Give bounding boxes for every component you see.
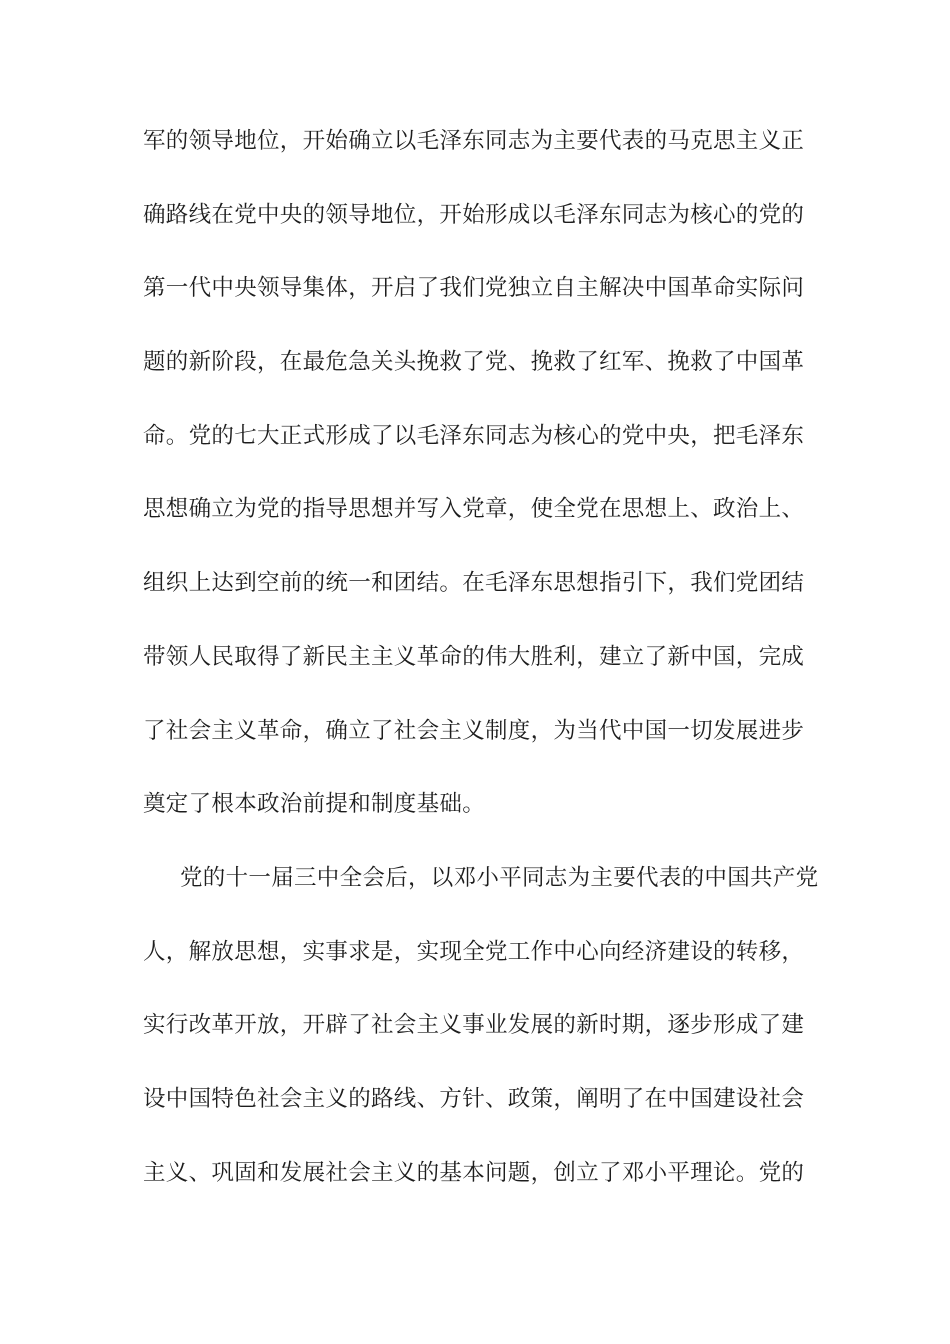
paragraph: 军的领导地位，开始确立以毛泽东同志为主要代表的马克思主义正确路线在党中央的领导地… bbox=[143, 104, 813, 841]
text-line: 设中国特色社会主义的路线、方针、政策，阐明了在中国建设社会 bbox=[143, 1062, 813, 1136]
text-line: 实行改革开放，开辟了社会主义事业发展的新时期，逐步形成了建 bbox=[143, 988, 813, 1062]
text-block: 军的领导地位，开始确立以毛泽东同志为主要代表的马克思主义正确路线在党中央的领导地… bbox=[143, 104, 813, 1209]
text-line: 奠定了根本政治前提和制度基础。 bbox=[143, 767, 813, 841]
text-line: 命。党的七大正式形成了以毛泽东同志为核心的党中央，把毛泽东 bbox=[143, 399, 813, 473]
text-line: 组织上达到空前的统一和团结。在毛泽东思想指引下，我们党团结 bbox=[143, 546, 813, 620]
text-line: 军的领导地位，开始确立以毛泽东同志为主要代表的马克思主义正 bbox=[143, 104, 813, 178]
document-page: 军的领导地位，开始确立以毛泽东同志为主要代表的马克思主义正确路线在党中央的领导地… bbox=[0, 0, 950, 1344]
text-line: 党的十一届三中全会后，以邓小平同志为主要代表的中国共产党 bbox=[143, 841, 813, 915]
text-line: 第一代中央领导集体，开启了我们党独立自主解决中国革命实际问 bbox=[143, 251, 813, 325]
paragraph: 党的十一届三中全会后，以邓小平同志为主要代表的中国共产党人，解放思想，实事求是，… bbox=[143, 841, 813, 1209]
text-line: 题的新阶段，在最危急关头挽救了党、挽救了红军、挽救了中国革 bbox=[143, 325, 813, 399]
text-line: 了社会主义革命，确立了社会主义制度，为当代中国一切发展进步 bbox=[143, 694, 813, 768]
text-line: 确路线在党中央的领导地位，开始形成以毛泽东同志为核心的党的 bbox=[143, 178, 813, 252]
text-line: 思想确立为党的指导思想并写入党章，使全党在思想上、政治上、 bbox=[143, 472, 813, 546]
text-line: 人，解放思想，实事求是，实现全党工作中心向经济建设的转移， bbox=[143, 915, 813, 989]
text-line: 带领人民取得了新民主主义革命的伟大胜利，建立了新中国，完成 bbox=[143, 620, 813, 694]
text-line: 主义、巩固和发展社会主义的基本问题，创立了邓小平理论。党的 bbox=[143, 1136, 813, 1210]
